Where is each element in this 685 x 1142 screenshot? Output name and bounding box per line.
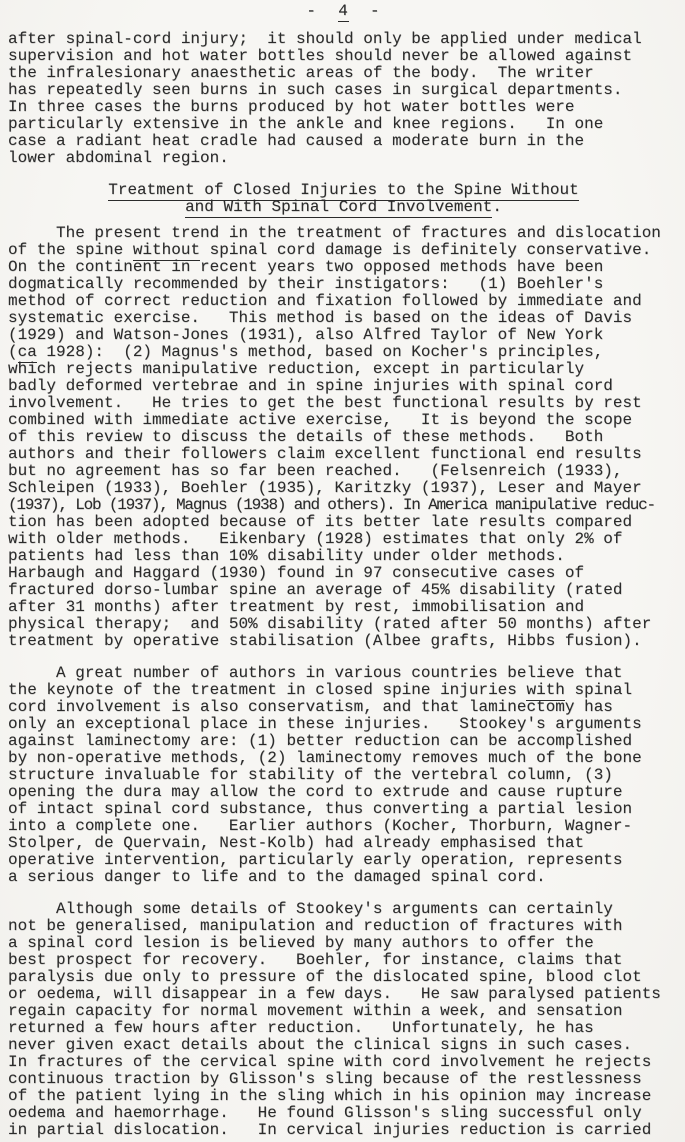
underlined-text: 4 [338,2,349,22]
text-line: or oedema, will disappear in a few days.… [8,986,679,1003]
text-line: continuous traction by Glisson's sling b… [8,1071,679,1088]
text-line: after 31 months) after treatment by rest… [8,599,679,616]
text-line: but no agreement has so far been reached… [8,463,679,480]
text-line: a serious danger to life and to the dama… [8,869,679,886]
text-line: the infralesionary anaesthetic areas of … [8,65,679,82]
text-line: only an exceptional place in these injur… [8,716,679,733]
text-line: against laminectomy are: (1) better redu… [8,733,679,750]
paragraph-laminectomy-arguments: A great number of authors in various cou… [8,665,679,886]
underlined-text: and With Spinal Cord Involvement [185,198,492,218]
text-line: Schleipen (1933), Boehler (1935), Karitz… [8,480,679,497]
text-line: of this review to discuss the details of… [8,429,679,446]
text-line: has repeatedly seen burns in such cases … [8,82,679,99]
text-line: by non-operative methods, (2) laminectom… [8,750,679,767]
text-line: opening the dura may allow the cord to e… [8,784,679,801]
text-line: of intact spinal cord substance, thus co… [8,801,679,818]
text-line: (1929) and Watson-Jones (1931), also Alf… [8,327,679,344]
text-line: method of correct reduction and fixation… [8,293,679,310]
text-line: into a complete one. Earlier authors (Ko… [8,818,679,835]
text-line: fractured dorso-lumbar spine an average … [8,582,679,599]
text-line: particularly extensive in the ankle and … [8,116,679,133]
text-line: involvement. He tries to get the best fu… [8,395,679,412]
text-line: dogmatically recommended by their instig… [8,276,679,293]
text-line: the keynote of the treatment in closed s… [8,682,679,699]
text-line: and With Spinal Cord Involvement. [8,199,679,216]
text-line: - 4 - [8,3,679,20]
paragraph-continuation: after spinal-cord injury; it should only… [8,31,679,167]
text-line: combined with immediate active exercise,… [8,412,679,429]
text-line: not be generalised, manipulation and red… [8,918,679,935]
text-line: Stolper, de Quervain, Nest-Kolb) had alr… [8,835,679,852]
paragraph-stookey-details: Although some details of Stookey's argum… [8,901,679,1139]
text-line: (1937), Lob (1937), Magnus (1938) and ot… [8,497,679,514]
text-line: operative intervention, particularly ear… [8,852,679,869]
text-line: A great number of authors in various cou… [8,665,679,682]
text-line: patients had less than 10% disability un… [8,548,679,565]
text-line: a spinal cord lesion is believed by many… [8,935,679,952]
text-line: best prospect for recovery. Boehler, for… [8,952,679,969]
text-line: in partial dislocation. In cervical inju… [8,1122,679,1139]
document-page: - 4 - after spinal-cord injury; it shoul… [0,0,685,1142]
text-line: never given exact details about the clin… [8,1037,679,1054]
text-line: treatment by operative stabilisation (Al… [8,633,679,650]
text-line: of the spine without spinal cord damage … [8,242,679,259]
text-line: (ca 1928): (2) Magnus's method, based on… [8,344,679,361]
text-line: badly deformed vertebrae and in spine in… [8,378,679,395]
text-line: case a radiant heat cradle had caused a … [8,133,679,150]
text-line: returned a few hours after reduction. Un… [8,1020,679,1037]
text-line: cord involvement is also conservatism, a… [8,699,679,716]
text-line: structure invaluable for stability of th… [8,767,679,784]
text-line: systematic exercise. This method is base… [8,310,679,327]
text-line: Harbaugh and Haggard (1930) found in 97 … [8,565,679,582]
section-heading: Treatment of Closed Injuries to the Spin… [8,182,679,216]
text-line: supervision and hot water bottles should… [8,48,679,65]
text-line: paralysis due only to pressure of the di… [8,969,679,986]
text-line: In fractures of the cervical spine with … [8,1054,679,1071]
text-line: lower abdominal region. [8,150,679,167]
text-line: oedema and haemorrhage. He found Glisson… [8,1105,679,1122]
text-line: Treatment of Closed Injuries to the Spin… [8,182,679,199]
text-line: after spinal-cord injury; it should only… [8,31,679,48]
text-line: On the continent in recent years two opp… [8,259,679,276]
text-line: which rejects manipulative reduction, ex… [8,361,679,378]
text-line: Although some details of Stookey's argum… [8,901,679,918]
page-number: - 4 - [8,3,679,20]
text-line: In three cases the burns produced by hot… [8,99,679,116]
text-line: with older methods. Eikenbary (1928) est… [8,531,679,548]
text-line: The present trend in the treatment of fr… [8,225,679,242]
text-line: regain capacity for normal movement with… [8,1003,679,1020]
text-line: tion has been adopted because of its bet… [8,514,679,531]
text-line: of the patient lying in the sling which … [8,1088,679,1105]
text-line: physical therapy; and 50% disability (ra… [8,616,679,633]
paragraph-treatment-trend: The present trend in the treatment of fr… [8,225,679,650]
text-line: authors and their followers claim excell… [8,446,679,463]
